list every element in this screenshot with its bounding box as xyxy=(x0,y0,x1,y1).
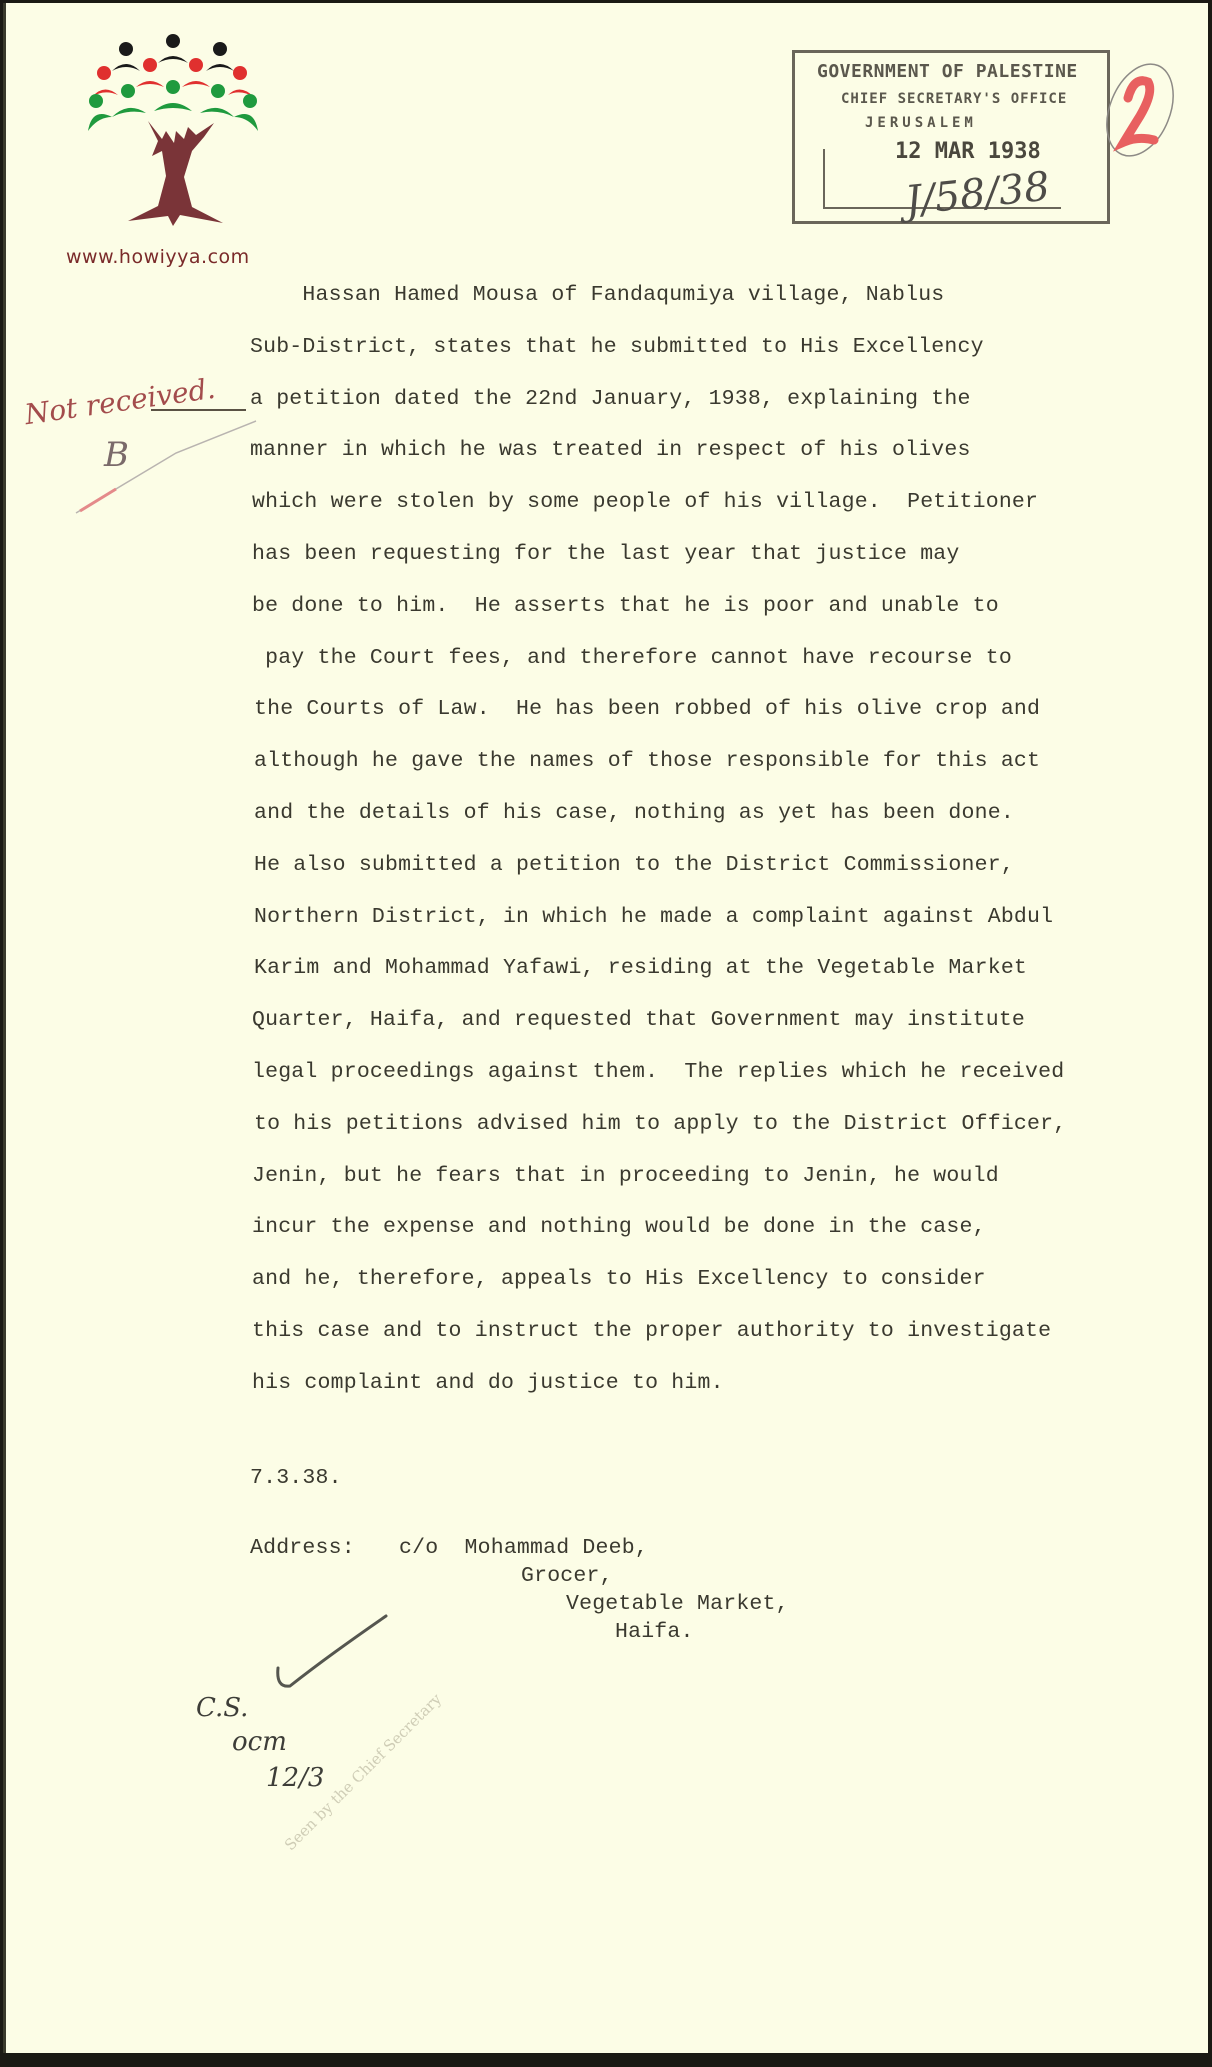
body-line: which were stolen by some people of his … xyxy=(252,490,1038,514)
body-line: Jenin, but he fears that in proceeding t… xyxy=(252,1164,999,1188)
tree-of-people-icon xyxy=(88,31,258,241)
margin-note-underline xyxy=(151,409,246,411)
circled-folio-icon xyxy=(1098,58,1178,168)
folio-number-mark: 2 xyxy=(1098,58,1178,168)
stamp-city-line: JERUSALEM xyxy=(865,115,977,131)
stamp-office-line: CHIEF SECRETARY'S OFFICE xyxy=(841,91,1067,107)
body-line: He also submitted a petition to the Dist… xyxy=(254,853,1014,877)
minute-line-initials: ocm xyxy=(232,1727,324,1757)
address-line-3: Vegetable Market, xyxy=(566,1592,789,1616)
body-line: incur the expense and nothing would be d… xyxy=(252,1215,986,1239)
body-line: Karim and Mohammad Yafawi, residing at t… xyxy=(254,956,1027,980)
watermark-url: www.howiyya.com xyxy=(66,246,296,268)
body-line: Northern District, in which he made a co… xyxy=(254,905,1053,929)
body-line: the Courts of Law. He has been robbed of… xyxy=(254,697,1040,721)
body-line: a petition dated the 22nd January, 1938,… xyxy=(250,387,971,411)
stamp-government-line: GOVERNMENT OF PALESTINE xyxy=(817,61,1078,82)
body-line: this case and to instruct the proper aut… xyxy=(252,1319,1051,1343)
handwritten-minute: C.S. ocm 12/3 xyxy=(196,1693,324,1793)
body-line: Hassan Hamed Mousa of Fandaqumiya villag… xyxy=(250,283,944,307)
body-line: legal proceedings against them. The repl… xyxy=(252,1060,1064,1084)
body-line: Sub-District, states that he submitted t… xyxy=(250,335,984,359)
address-label: Address: xyxy=(250,1536,355,1560)
body-line: pay the Court fees, and therefore cannot… xyxy=(252,646,1012,670)
address-line-2: Grocer, xyxy=(521,1564,613,1588)
document-page: www.howiyya.com GOVERNMENT OF PALESTINE … xyxy=(3,3,1208,2053)
body-line: and the details of his case, nothing as … xyxy=(254,801,1014,825)
body-line: has been requesting for the last year th… xyxy=(252,542,960,566)
howiyya-logo: www.howiyya.com xyxy=(58,31,288,271)
body-line: and he, therefore, appeals to His Excell… xyxy=(252,1267,986,1291)
body-line: manner in which he was treated in respec… xyxy=(250,438,971,462)
body-line: although he gave the names of those resp… xyxy=(254,749,1040,773)
petition-date: 7.3.38. xyxy=(250,1466,342,1490)
body-line: Quarter, Haifa, and requested that Gover… xyxy=(252,1008,1025,1032)
margin-pen-stroke-icon xyxy=(66,413,266,523)
minute-line-cs: C.S. xyxy=(196,1693,324,1723)
minute-line-date: 12/3 xyxy=(266,1763,324,1793)
body-line: to his petitions advised him to apply to… xyxy=(254,1112,1066,1136)
body-line: his complaint and do justice to him. xyxy=(252,1371,724,1395)
registry-stamp: GOVERNMENT OF PALESTINE CHIEF SECRETARY'… xyxy=(792,50,1110,224)
body-line: be done to him. He asserts that he is po… xyxy=(252,594,999,618)
address-line-1: c/o Mohammad Deeb, xyxy=(399,1536,648,1560)
address-line-4: Haifa. xyxy=(615,1620,694,1644)
